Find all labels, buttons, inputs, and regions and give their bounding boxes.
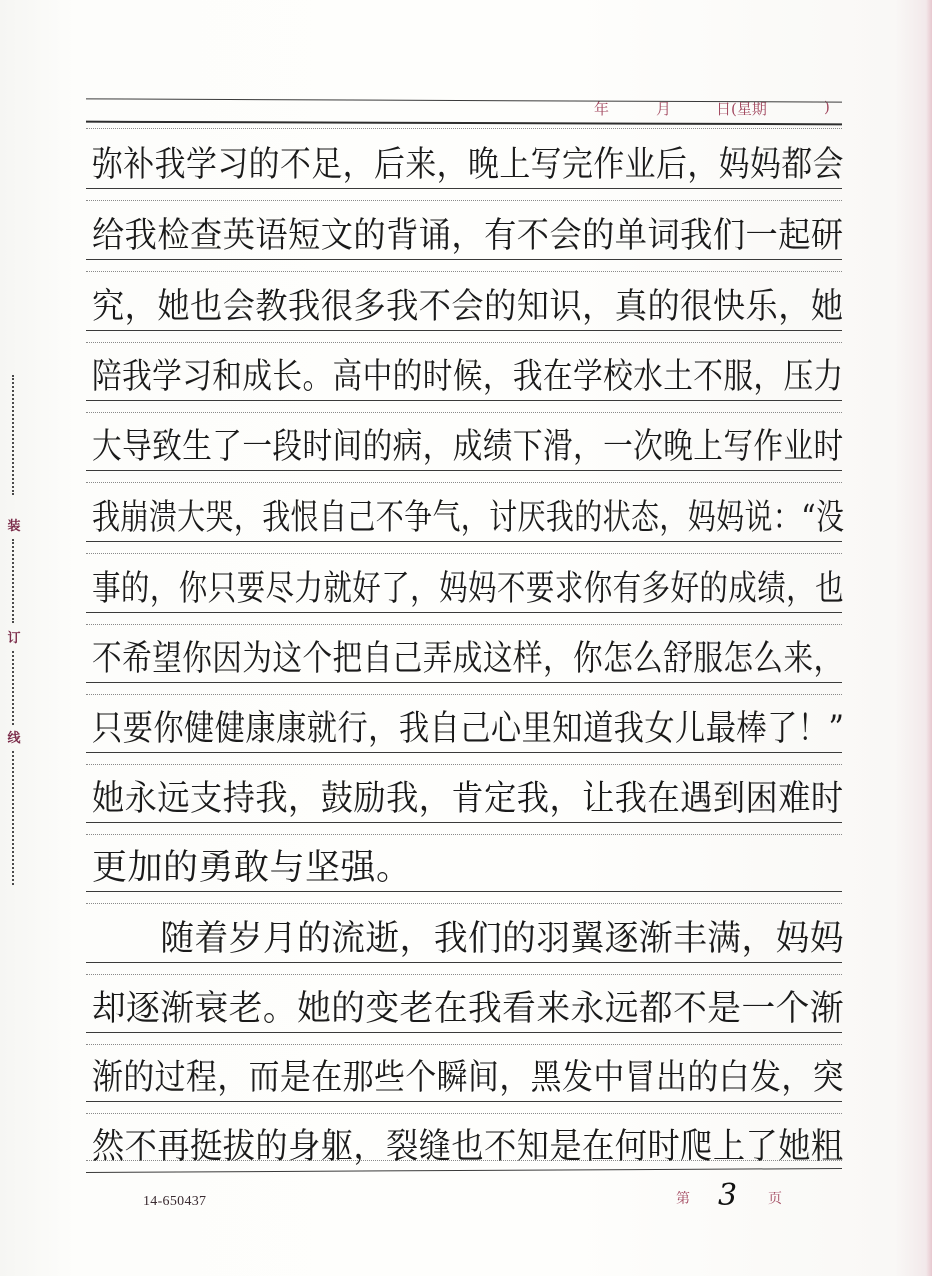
guide-line [86,1113,842,1114]
handwritten-line: 她永远支持我，鼓励我，肯定我，让我在遇到困难时 [92,776,784,822]
handwritten-line: 只要你健健康康就行，我自己心里知道我女儿最棒了！” [92,706,742,752]
baseline [86,682,842,683]
page-number: 3 [718,1178,737,1213]
baseline [86,822,842,823]
binding-dotted-line [12,751,14,885]
baseline [86,259,842,260]
header-dotted-rule [86,128,842,129]
handwritten-line: 然不再挺拔的身躯，裂缝也不知是在何时爬上了她粗 [92,1124,784,1170]
guide-line [86,1044,842,1045]
handwritten-line: 却逐渐衰老。她的变老在我看来永远都不是一个渐 [92,986,816,1032]
guide-line [86,694,842,695]
baseline [86,400,842,401]
guide-line [86,764,842,765]
baseline [86,962,842,963]
binding-mark-xian: 线 [6,727,22,746]
baseline [86,188,842,189]
page-number-field: 第 3 页 [672,1178,792,1218]
baseline [86,752,842,753]
handwritten-line: 陪我学习和成长。高中的时候，我在学校水土不服，压力 [92,354,729,400]
guide-line [86,974,842,975]
binding-margin: 装 订 线 [6,375,20,885]
guide-line [86,342,842,343]
page-suffix-label: 页 [768,1188,782,1208]
handwritten-line: 给我检查英语短文的背诵，有不会的单词我们一起研 [92,213,784,259]
baseline [86,330,842,331]
handwritten-line: 渐的过程，而是在那些个瞬间，黑发中冒出的白发，突 [92,1055,756,1101]
baseline [86,612,842,613]
guide-line [86,482,842,483]
baseline [86,541,842,542]
handwritten-line: 随着岁月的流逝，我们的羽翼逐渐丰满，妈妈 [92,916,816,962]
handwritten-line: 弥补我学习的不足，后来，晚上写完作业后，妈妈都会 [92,142,756,188]
handwritten-line: 我崩溃大哭，我恨自己不争气，讨厌我的状态，妈妈说：“没 [92,495,693,541]
handwritten-line: 不希望你因为这个把自己弄成这样，你怎么舒服怎么来， [92,636,729,682]
guide-line [86,271,842,272]
handwritten-line: 大导致生了一段时间的病，成绩下滑，一次晚上写作业时 [92,424,729,470]
notebook-page: 装 订 线 年 月 日(星期 ) [0,0,932,1276]
guide-line [86,903,842,904]
binding-mark-zhuang: 装 [6,515,22,534]
baseline [86,1101,842,1102]
guide-line [86,834,842,835]
guide-line [86,200,842,201]
page-prefix-label: 第 [676,1188,690,1208]
handwritten-line: 更加的勇敢与坚强。 [92,845,844,891]
handwritten-line: 究，她也会教我很多我不会的知识，真的很快乐，她 [92,284,784,330]
guide-line [86,412,842,413]
binding-mark-ding: 订 [6,627,22,646]
guide-line [86,553,842,554]
binding-dotted-line [12,375,14,495]
baseline [86,470,842,471]
notebook-serial-code: 14-650437 [143,1194,206,1210]
baseline [86,1032,842,1033]
binding-dotted-line [12,539,14,623]
guide-line [86,624,842,625]
baseline [86,891,842,892]
page-edge-shadow [926,0,932,1276]
handwritten-line: 事的，你只要尽力就好了，妈妈不要求你有多好的成绩，也 [92,566,705,612]
binding-dotted-line [12,651,14,725]
